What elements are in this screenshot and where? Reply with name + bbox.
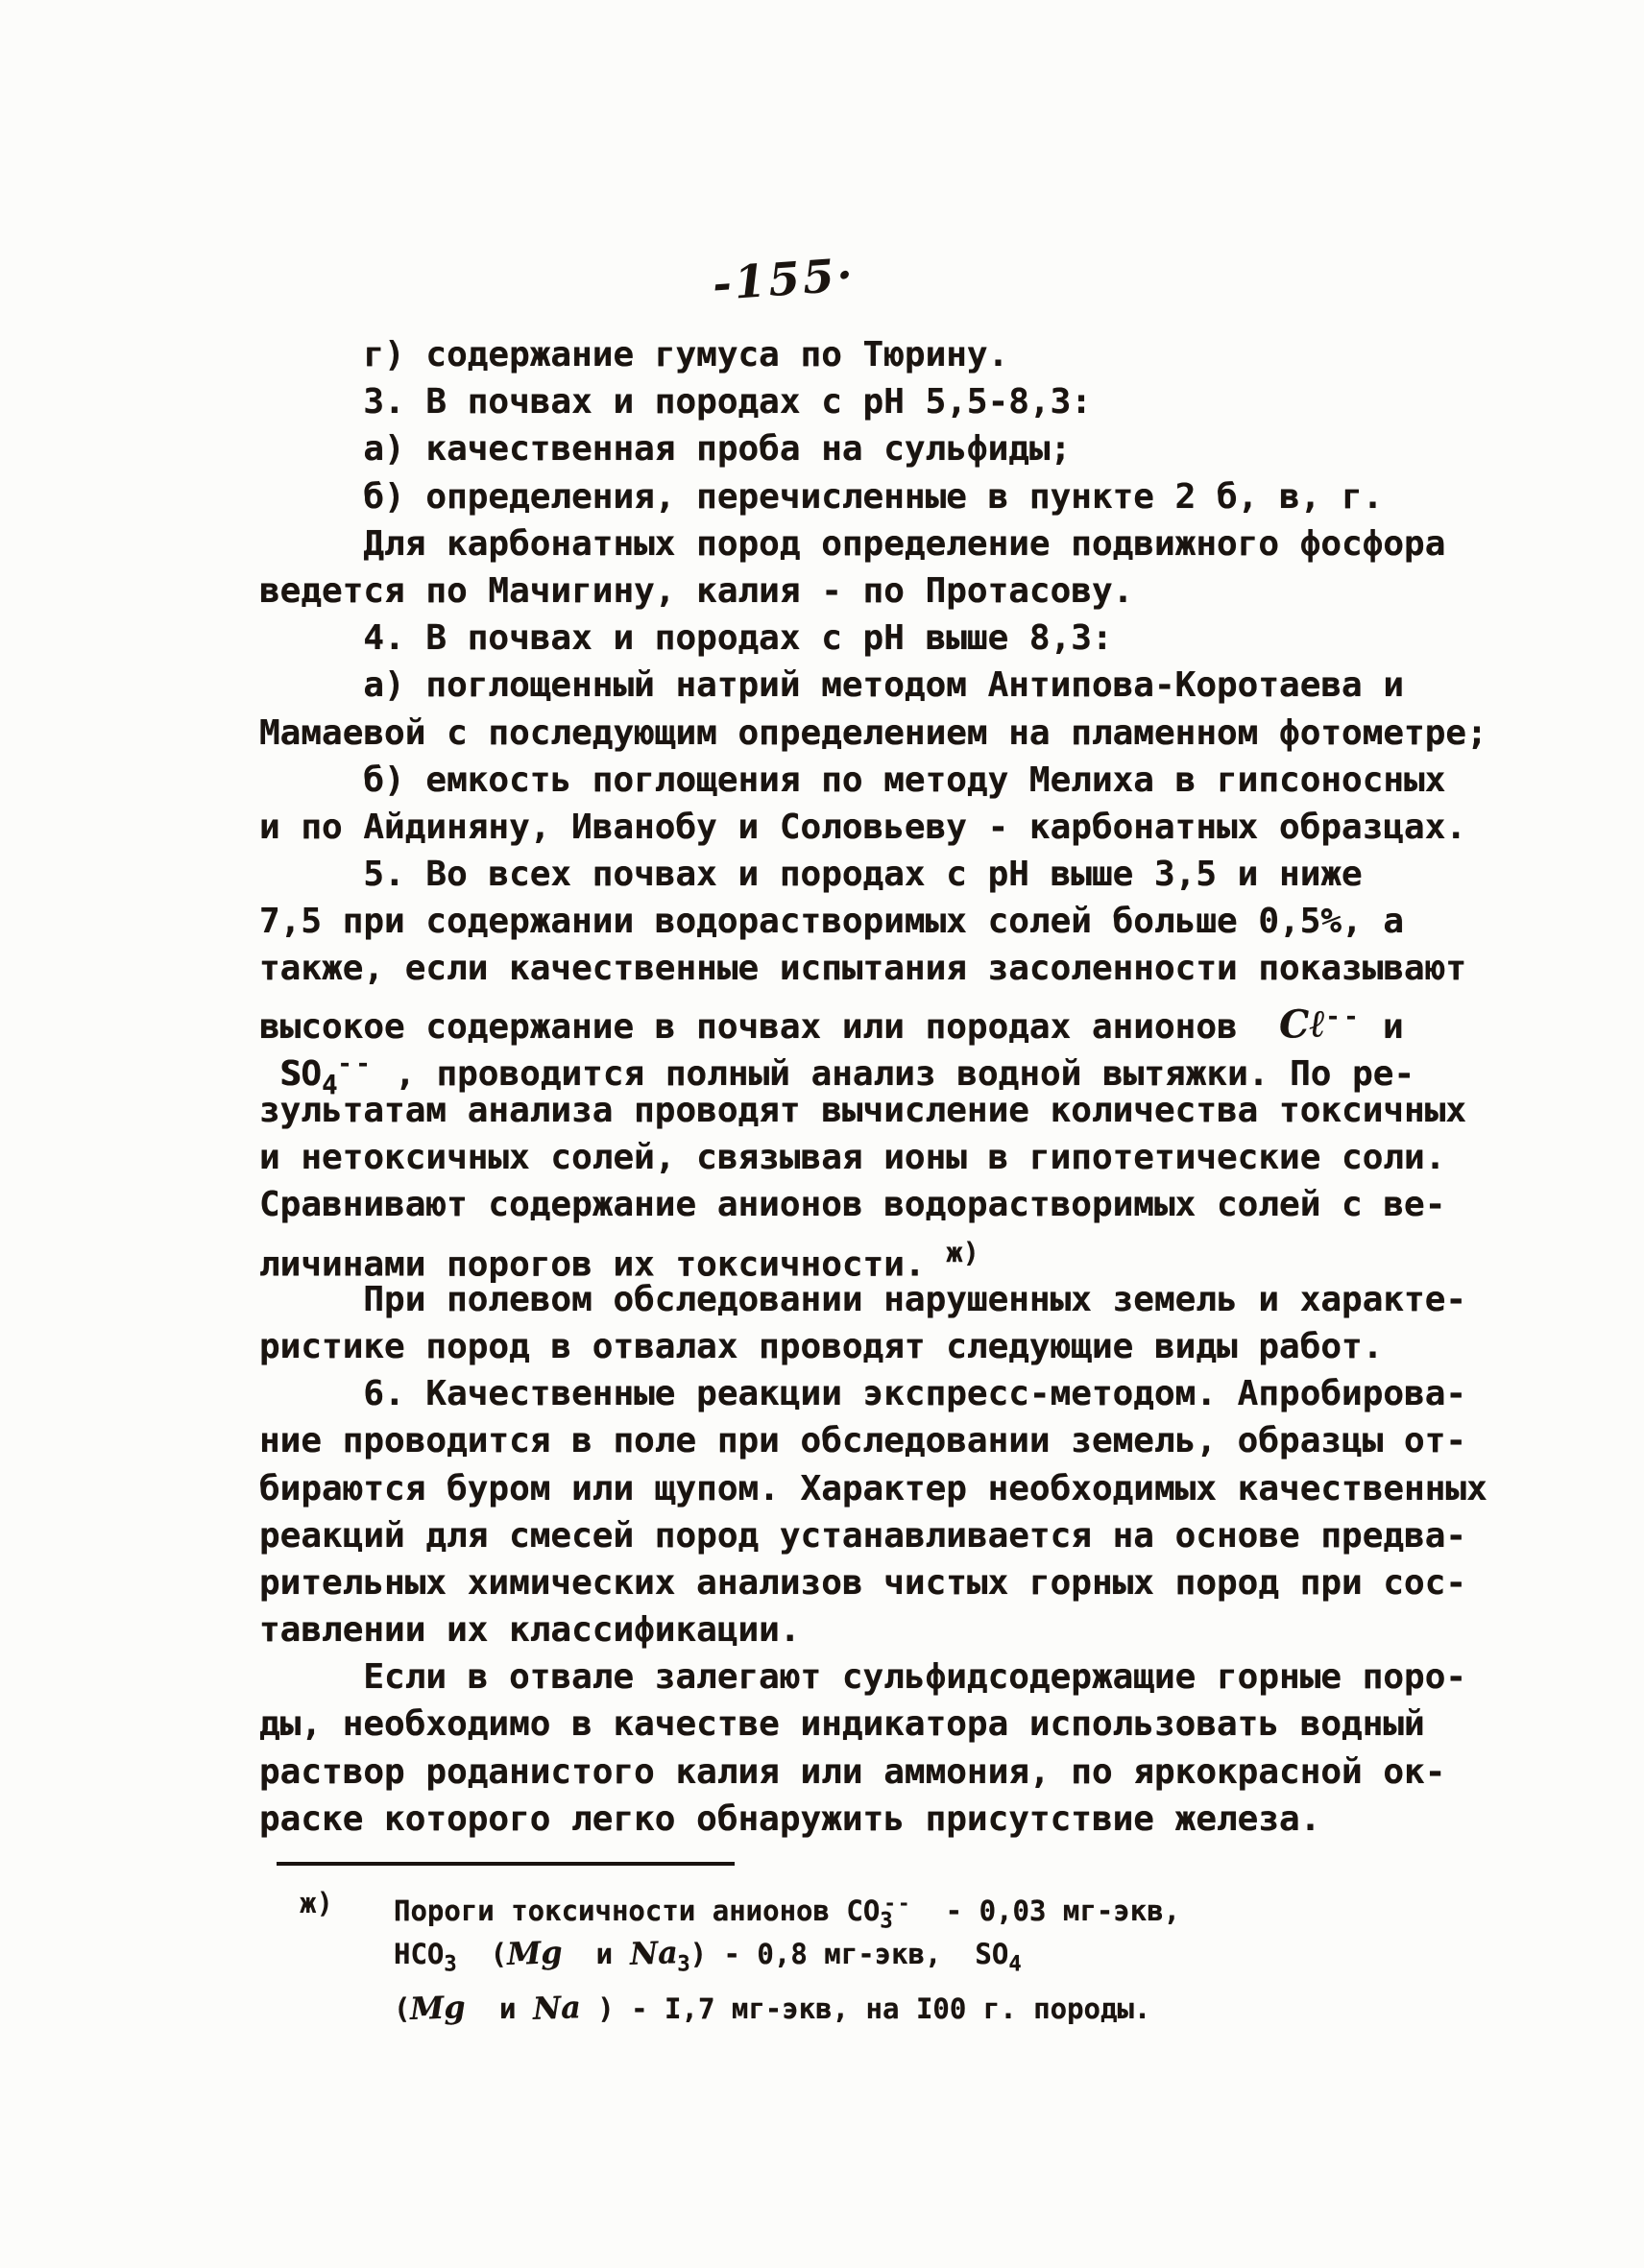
- text-line: SO4-- , проводится полный анализ водной …: [259, 1040, 1623, 1087]
- text-line: раске которого легко обнаружить присутст…: [259, 1796, 1623, 1843]
- text-line: и нетоксичных солей, связывая ионы в гип…: [259, 1134, 1623, 1181]
- footnote-line: Пороги токсичности анионов СО3-- - 0,03 …: [394, 1888, 1180, 1938]
- footnote-separator-line: [277, 1862, 735, 1866]
- text-segment: --: [338, 1050, 375, 1077]
- text-segment: 7,5 при содержании водорастворимых солей…: [259, 902, 1404, 941]
- text-segment: а) поглощенный натрий методом Антипова-К…: [259, 665, 1404, 705]
- text-segment: Мамаевой с последующим определением на п…: [259, 713, 1487, 753]
- text-segment: и нетоксичных солей, связывая ионы в гип…: [259, 1138, 1445, 1177]
- document-body-text: г) содержание гумуса по Тюрину. 3. В поч…: [259, 331, 1623, 1843]
- text-segment: б) емкость поглощения по методу Мелиха в…: [259, 760, 1445, 800]
- footnote-marker: ж): [300, 1888, 333, 1918]
- text-segment: ) - 0,8 мг-экв, SO: [690, 1938, 1009, 1970]
- text-line: ды, необходимо в качестве индикатора исп…: [259, 1701, 1623, 1748]
- text-line: Для карбонатных пород определение подвиж…: [259, 520, 1623, 567]
- footnote-text: Пороги токсичности анионов СО3-- - 0,03 …: [394, 1888, 1180, 2024]
- text-line: раствор роданистого калия или аммония, п…: [259, 1749, 1623, 1796]
- handwritten-text: Mg: [507, 1937, 564, 1969]
- text-line: Мамаевой с последующим определением на п…: [259, 710, 1623, 757]
- text-line: высокое содержание в почвах или породах …: [259, 993, 1623, 1040]
- text-segment: реакций для смесей пород устанавливается…: [259, 1516, 1466, 1556]
- text-segment: При полевом обследовании нарушенных земе…: [259, 1280, 1466, 1319]
- text-segment: 4: [1008, 1952, 1021, 1976]
- text-segment: ж): [946, 1236, 979, 1268]
- text-line: Сравнивают содержание анионов водораство…: [259, 1181, 1623, 1228]
- text-line: Если в отвале залегают сульфидсодержащие…: [259, 1653, 1623, 1701]
- text-segment: рительных химических анализов чистых гор…: [259, 1563, 1466, 1603]
- text-line: При полевом обследовании нарушенных земе…: [259, 1276, 1623, 1323]
- handwritten-text: Na: [629, 1937, 678, 1969]
- text-segment: раствор роданистого калия или аммония, п…: [259, 1752, 1445, 1792]
- text-line: ведется по Мачигину, калия - по Протасов…: [259, 567, 1623, 615]
- text-line: также, если качественные испытания засол…: [259, 945, 1623, 992]
- text-segment: бираются буром или щупом. Характер необх…: [259, 1469, 1487, 1508]
- handwritten-text: Na: [532, 1991, 581, 2024]
- text-segment: - 0,03 мг-экв,: [912, 1894, 1180, 1927]
- text-segment: Сравнивают содержание анионов водораство…: [259, 1185, 1445, 1224]
- text-segment: и по Айдиняну, Иванобу и Соловьеву - кар…: [259, 808, 1466, 847]
- text-line: 6. Качественные реакции экспресс-методом…: [259, 1370, 1623, 1417]
- text-line: бираются буром или щупом. Характер необх…: [259, 1465, 1623, 1512]
- text-line: а) качественная проба на сульфиды;: [259, 425, 1623, 472]
- text-line: личинами порогов их токсичности. ж): [259, 1229, 1623, 1276]
- text-line: ние проводится в поле при обследовании з…: [259, 1417, 1623, 1464]
- text-segment: раске которого легко обнаружить присутст…: [259, 1799, 1320, 1839]
- text-line: г) содержание гумуса по Тюрину.: [259, 331, 1623, 378]
- text-segment: ние проводится в поле при обследовании з…: [259, 1421, 1466, 1460]
- text-segment: (: [394, 1992, 410, 2025]
- text-segment: НСО: [394, 1938, 444, 1970]
- text-segment: и: [466, 1992, 533, 2025]
- text-line: реакций для смесей пород устанавливается…: [259, 1512, 1623, 1559]
- text-segment: и: [563, 1938, 630, 1970]
- handwritten-text: Mg: [410, 1991, 467, 2024]
- text-line: 3. В почвах и породах с рН 5,5-8,3:: [259, 378, 1623, 425]
- text-segment: ) - I,7 мг-экв, на I00 г. породы.: [581, 1992, 1151, 2025]
- text-segment: 3: [444, 1952, 456, 1976]
- text-segment: (: [457, 1938, 507, 1970]
- footnote-line: (Mg и Na ) - I,7 мг-экв, на I00 г. пород…: [394, 1992, 1180, 2024]
- text-segment: ристике пород в отвалах проводят следующ…: [259, 1327, 1383, 1366]
- text-segment: --: [883, 1892, 911, 1915]
- text-line: 7,5 при содержании водорастворимых солей…: [259, 898, 1623, 945]
- text-line: и по Айдиняну, Иванобу и Соловьеву - кар…: [259, 804, 1623, 851]
- text-segment: 3. В почвах и породах с рН 5,5-8,3:: [259, 382, 1092, 422]
- text-segment: также, если качественные испытания засол…: [259, 949, 1466, 988]
- text-segment: зультатам анализа проводят вычисление ко…: [259, 1091, 1466, 1130]
- text-segment: б) определения, перечисленные в пункте 2…: [259, 477, 1383, 517]
- text-segment: 6. Качественные реакции экспресс-методом…: [259, 1374, 1466, 1413]
- text-segment: 3: [677, 1952, 689, 1976]
- text-segment: Пороги токсичности анионов СО: [394, 1894, 880, 1927]
- text-line: б) емкость поглощения по методу Мелиха в…: [259, 757, 1623, 804]
- text-segment: 5. Во всех почвах и породах с рН выше 3,…: [259, 855, 1363, 894]
- text-segment: --: [1325, 1002, 1362, 1030]
- text-segment: тавлении их классификации.: [259, 1610, 801, 1650]
- scanned-document-page: -155· г) содержание гумуса по Тюрину. 3.…: [0, 0, 1644, 2268]
- text-line: рительных химических анализов чистых гор…: [259, 1559, 1623, 1606]
- text-segment: Если в отвале залегают сульфидсодержащие…: [259, 1657, 1466, 1697]
- text-segment: 4. В почвах и породах с рН выше 8,3:: [259, 618, 1113, 658]
- text-line: ристике пород в отвалах проводят следующ…: [259, 1323, 1623, 1370]
- text-line: а) поглощенный натрий методом Антипова-К…: [259, 662, 1623, 709]
- handwritten-page-number: -155·: [711, 249, 857, 311]
- text-segment: ды, необходимо в качестве индикатора исп…: [259, 1704, 1425, 1744]
- footnote-line: НСО3 (Mg и Na3) - 0,8 мг-экв, SO4: [394, 1938, 1180, 1980]
- text-segment: Для карбонатных пород определение подвиж…: [259, 524, 1445, 564]
- text-line: 5. Во всех почвах и породах с рН выше 3,…: [259, 851, 1623, 898]
- text-segment: г) содержание гумуса по Тюрину.: [259, 335, 1008, 374]
- text-line: зультатам анализа проводят вычисление ко…: [259, 1087, 1623, 1134]
- text-segment: ведется по Мачигину, калия - по Протасов…: [259, 571, 1133, 611]
- text-segment: а) качественная проба на сульфиды;: [259, 429, 1071, 469]
- handwritten-text: Cℓ: [1278, 1001, 1326, 1050]
- text-line: 4. В почвах и породах с рН выше 8,3:: [259, 615, 1623, 662]
- text-line: тавлении их классификации.: [259, 1606, 1623, 1653]
- text-line: б) определения, перечисленные в пункте 2…: [259, 473, 1623, 520]
